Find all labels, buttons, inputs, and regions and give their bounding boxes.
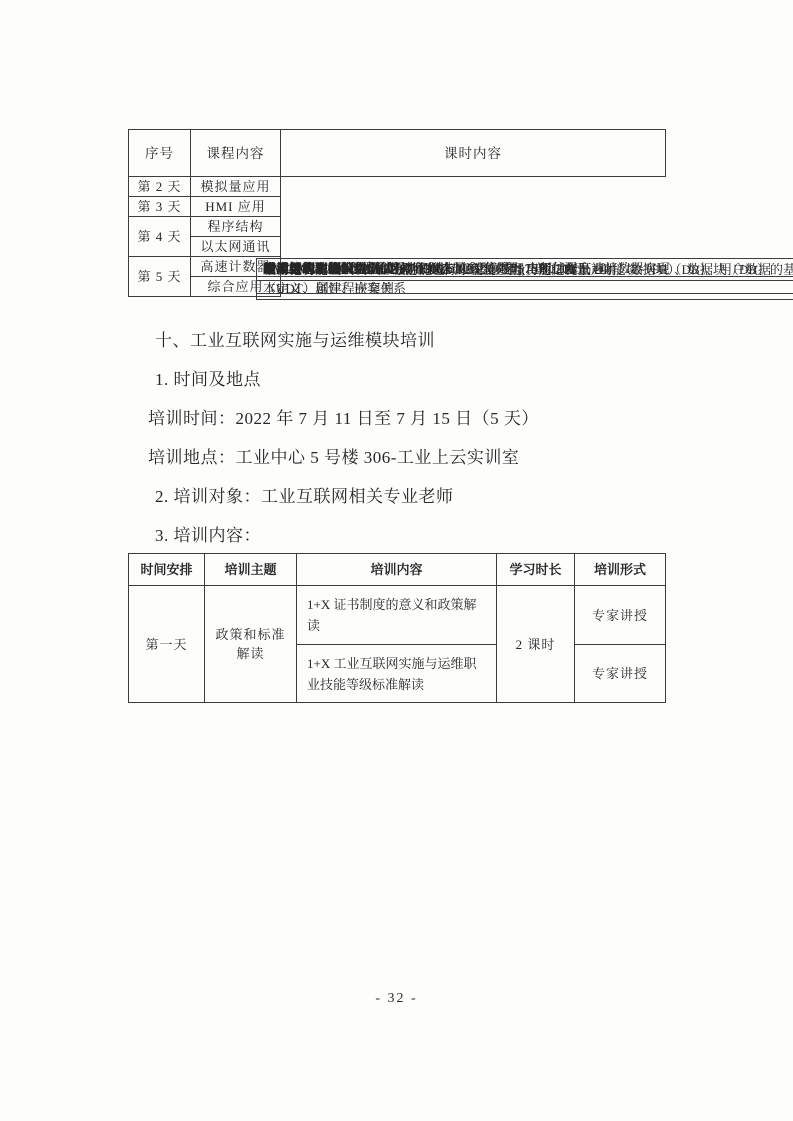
header-cell-theme: 培训主题 — [205, 554, 297, 586]
header-cell-duration: 学习时长 — [497, 554, 575, 586]
training-table-header-row: 时间安排 培训主题 培训内容 学习时长 培训形式 — [129, 554, 666, 586]
table-row: 以太网通讯 S7-1200 以太网 S7 通讯:S7-1200 CPU 之间的 … — [129, 237, 666, 257]
header-cell-lesson: 课时内容 — [281, 130, 666, 177]
content-cell: 1+X 工业互联网实施与运维职业技能等级标准解读 — [297, 645, 497, 703]
day-cell: 第 5 天 — [129, 257, 191, 297]
table-row: 第一天 政策和标准解读 1+X 证书制度的意义和政策解读 2 课时 专家讲授 — [129, 586, 666, 645]
day-cell: 第 2 天 — [129, 177, 191, 197]
day-cell: 第 3 天 — [129, 197, 191, 217]
section-item-audience: 2. 培训对象：工业互联网相关专业老师 — [128, 483, 665, 510]
page-content: 序号 课程内容 课时内容 第 2 天 模拟量应用 模拟量的组态、数据、寻址 模拟… — [128, 129, 665, 703]
document-page: 序号 课程内容 课时内容 第 2 天 模拟量应用 模拟量的组态、数据、寻址 模拟… — [0, 0, 793, 1121]
content-cell: 成果展示 — [256, 258, 793, 277]
header-cell-form: 培训形式 — [575, 554, 666, 586]
table-row: 第 2 天 模拟量应用 模拟量的组态、数据、寻址 — [129, 177, 666, 197]
theme-cell: 政策和标准解读 — [205, 586, 297, 703]
header-cell-course: 课程内容 — [191, 130, 281, 177]
duration-cell: 2 课时 — [497, 586, 575, 703]
form-cell: 专家讲授 — [575, 645, 666, 703]
course-schedule-table: 序号 课程内容 课时内容 第 2 天 模拟量应用 模拟量的组态、数据、寻址 模拟… — [128, 129, 666, 297]
page-number: - 32 - — [0, 991, 793, 1007]
section-heading: 十、工业互联网实施与运维模块培训 — [128, 327, 665, 354]
header-cell-schedule: 时间安排 — [129, 554, 205, 586]
form-cell: 专家讲授 — [575, 586, 666, 645]
content-cell: 1+X 证书制度的意义和政策解读 — [297, 586, 497, 645]
section-ten: 十、工业互联网实施与运维模块培训 1. 时间及地点 培训时间：2022 年 7 … — [128, 327, 665, 549]
day-cell: 第一天 — [129, 586, 205, 703]
header-cell-content: 培训内容 — [297, 554, 497, 586]
module-cell: 程序结构 — [191, 217, 281, 237]
day-cell: 第 4 天 — [129, 217, 191, 257]
module-cell: HMI 应用 — [191, 197, 281, 217]
section-item-content: 3. 培训内容： — [128, 522, 665, 549]
course-table-header-row: 序号 课程内容 课时内容 — [129, 130, 666, 177]
training-place-line: 培训地点：工业中心 5 号楼 306-工业上云实训室 — [128, 444, 665, 471]
training-content-table: 时间安排 培训主题 培训内容 学习时长 培训形式 第一天 政策和标准解读 1+X… — [128, 553, 666, 703]
training-time-line: 培训时间：2022 年 7 月 11 日至 7 月 15 日（5 天） — [128, 405, 665, 432]
header-cell-seq: 序号 — [129, 130, 191, 177]
section-item-time-place: 1. 时间及地点 — [128, 366, 665, 393]
module-cell: 以太网通讯 — [191, 237, 281, 257]
module-cell: 模拟量应用 — [191, 177, 281, 197]
